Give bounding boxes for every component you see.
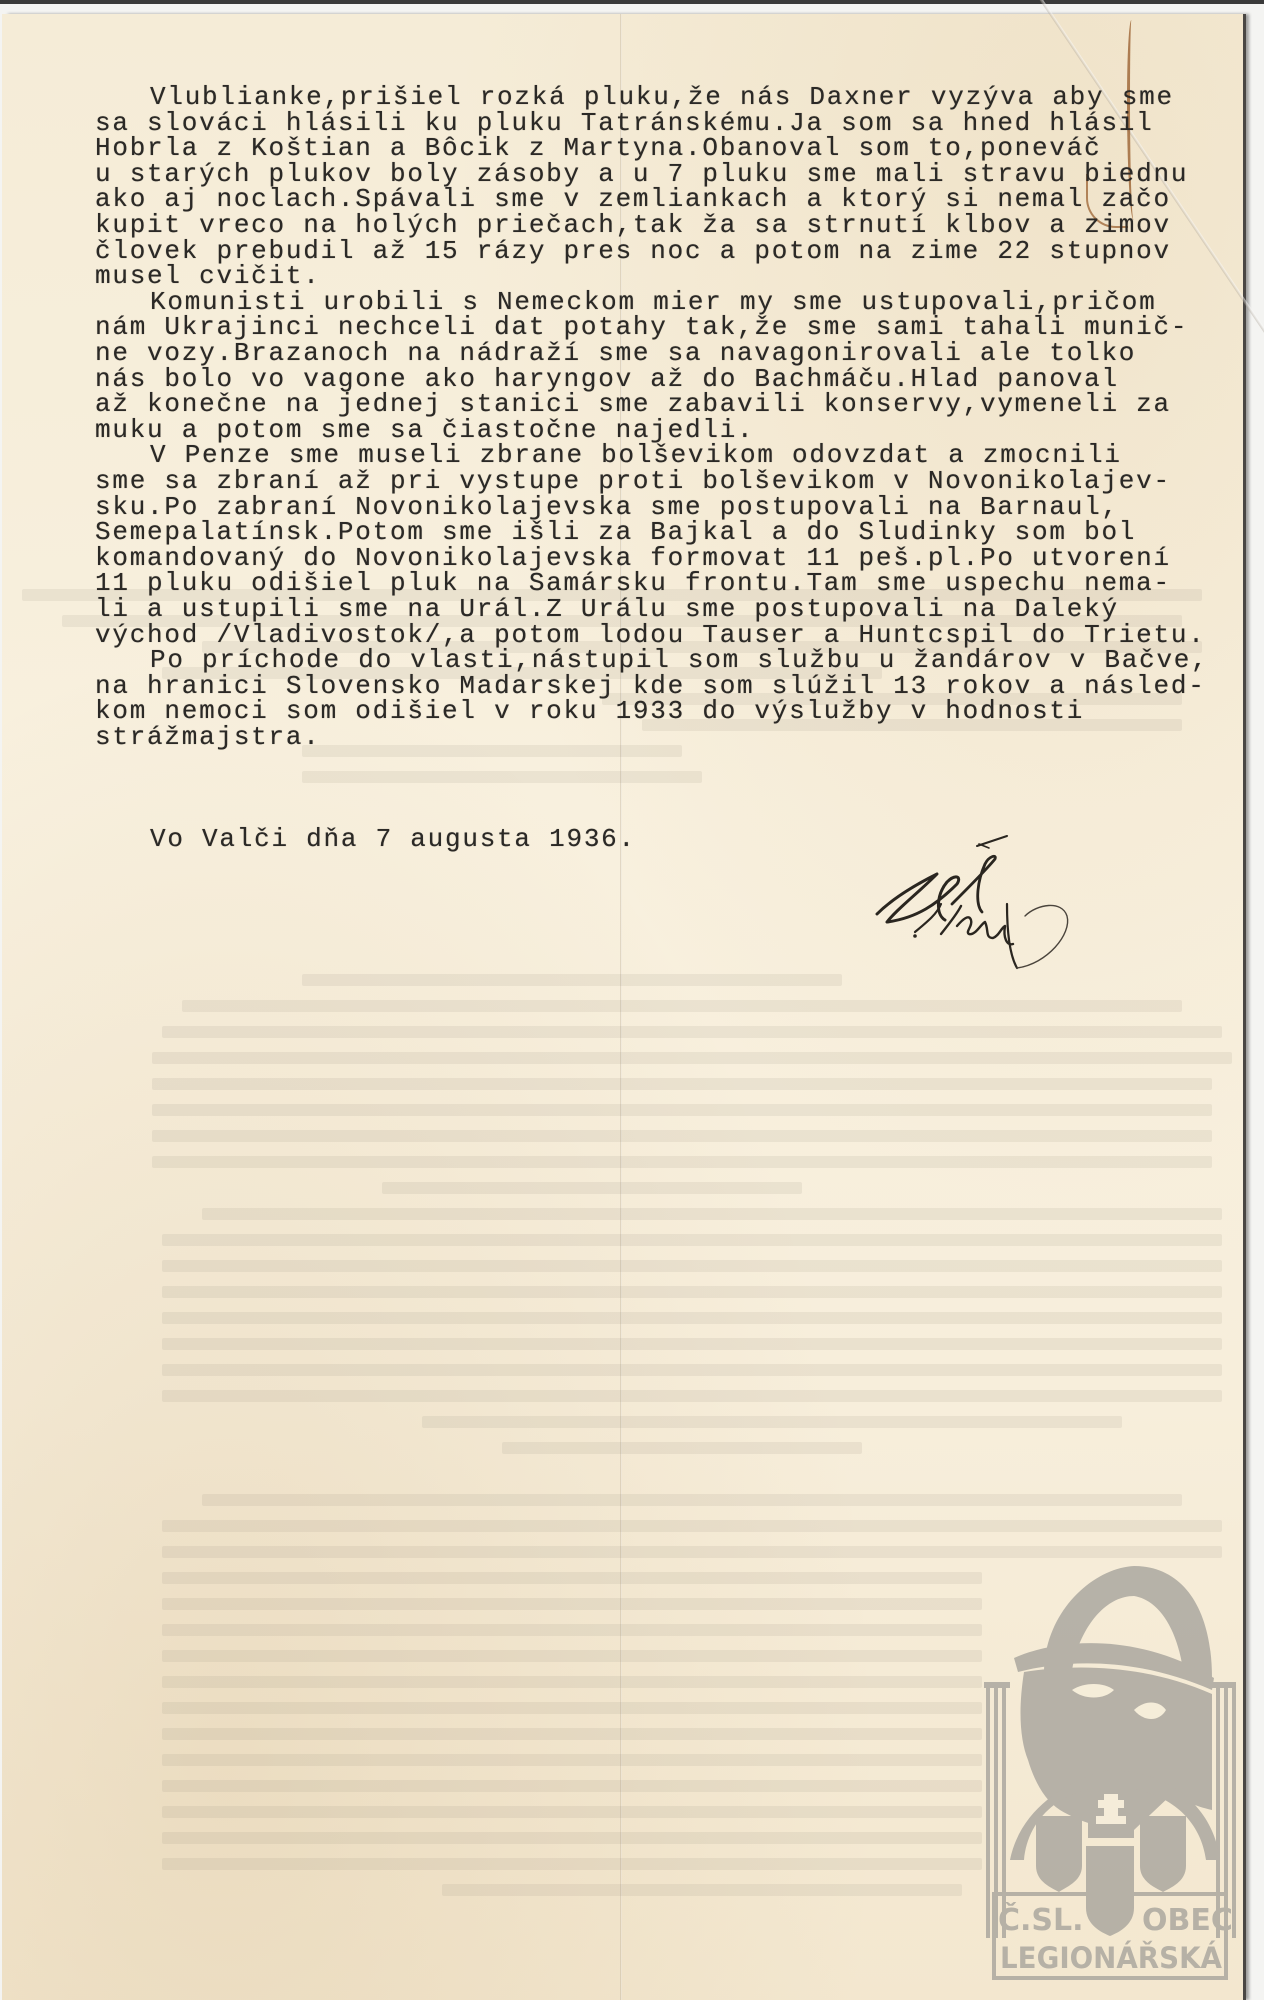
text-line: Komunisti urobili s Nemeckom mier my sme… xyxy=(150,289,1156,315)
text-line: až konečne na jednej stanici sme zabavil… xyxy=(95,391,1171,417)
text-line: u starých plukov boly zásoby a u 7 pluku… xyxy=(95,161,1188,187)
text-line: komandovaný do Novonikolajevska formovat… xyxy=(95,545,1171,571)
text-line: nás bolo vo vagone ako haryngov až do Ba… xyxy=(95,366,1119,392)
text-line: musel cvičit. xyxy=(95,263,321,289)
text-line: muku a potom sme sa čiastočne najedli. xyxy=(95,417,754,443)
csl-obec-legionarska-watermark-logo: Č.SL. OBEC LEGIONÁŘSKÁ xyxy=(984,1560,1236,1984)
text-line: sku.Po zabraní Novonikolajevska sme post… xyxy=(95,494,1119,520)
text-line: sa slováci hlásili ku pluku Tatránskému.… xyxy=(95,110,1154,136)
watermark-text-legionarska: LEGIONÁŘSKÁ xyxy=(1000,1941,1223,1975)
text-line: nám Ukrajinci nechceli dat potahy tak,že… xyxy=(95,314,1188,340)
text-line: strážmajstra. xyxy=(95,724,321,750)
text-line: Vlublianke,prišiel rozká pluku,že nás Da… xyxy=(150,84,1174,110)
text-line: V Penze sme museli zbrane bolševikom odo… xyxy=(150,442,1122,468)
text-line: kom nemoci som odišiel v roku 1933 do vý… xyxy=(95,698,1084,724)
text-line: kupit vreco na holých priečach,tak ža sa… xyxy=(95,212,1171,238)
text-line: východ /Vladivostok/,a potom lodou Tause… xyxy=(95,622,1206,648)
watermark-text-csl: Č.SL. xyxy=(998,1901,1084,1938)
handwritten-signature xyxy=(857,834,1087,984)
text-line: 11 pluku odišiel pluk na Samársku frontu… xyxy=(95,570,1171,596)
text-line: Hobrla z Koštian a Bôcik z Martyna.Obano… xyxy=(95,135,1101,161)
text-line: Po príchode do vlasti,nástupil som služb… xyxy=(150,647,1209,673)
text-line: ako aj noclach.Spávali sme v zemliankach… xyxy=(95,186,1171,212)
place-and-date: Vo Valči dňa 7 augusta 1936. xyxy=(150,826,636,852)
text-line: človek prebudil až 15 rázy pres noc a po… xyxy=(95,238,1171,264)
text-line: sme sa zbraní až pri vystupe proti bolše… xyxy=(95,468,1171,494)
scanner-edge xyxy=(0,0,1264,4)
text-line: na hranici Slovensko Madarskej kde som s… xyxy=(95,673,1206,699)
text-line: ne vozy.Brazanoch na nádraží sme sa nava… xyxy=(95,340,1136,366)
text-line: li a ustupili sme na Urál.Z Urálu sme po… xyxy=(95,596,1119,622)
watermark-text-obec: OBEC xyxy=(1142,1903,1233,1938)
text-line: Semepalatínsk.Potom sme išli za Bajkal a… xyxy=(95,519,1136,545)
letter-page: Vlublianke,prišiel rozká pluku,že nás Da… xyxy=(2,14,1243,2000)
